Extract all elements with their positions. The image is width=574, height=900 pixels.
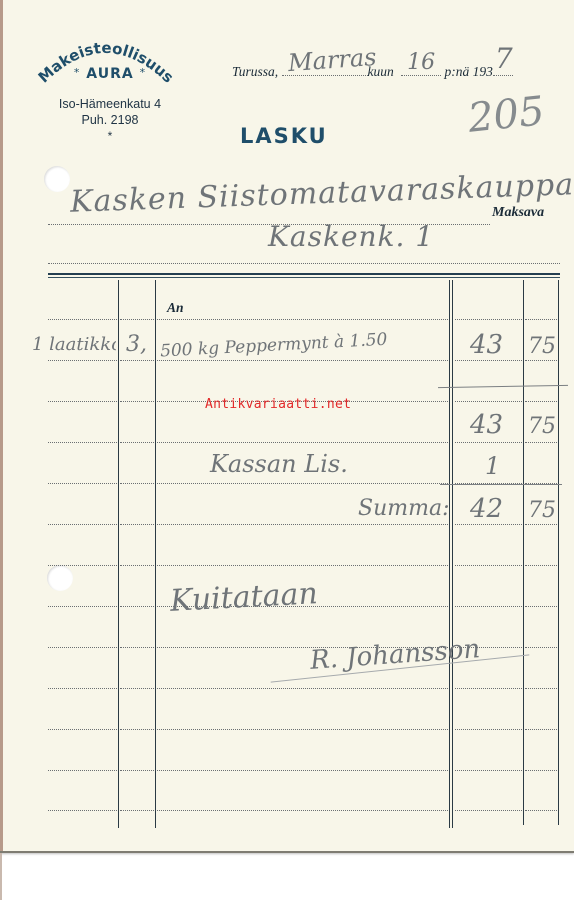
table-row-line: [120, 442, 154, 443]
table-row-line: [455, 810, 522, 811]
table-row-line: [525, 647, 557, 648]
company-address-block: Iso-Hämeenkatu 4 Puh. 2198 *: [44, 96, 176, 144]
table-row-line: [157, 565, 448, 566]
row2-pennies: 75: [528, 414, 556, 439]
row4-marks: 42: [470, 494, 503, 524]
table-row-line: [120, 319, 154, 320]
company-phone: Puh. 2198: [44, 112, 176, 128]
day-handwritten: 16: [407, 50, 435, 75]
month-field: Marras: [282, 64, 368, 76]
table-row-line: [455, 524, 522, 525]
table-row-line: [120, 688, 154, 689]
payer-address-handwritten: Kaskenk. 1: [268, 220, 434, 253]
punch-hole-bottom: [47, 565, 73, 591]
company-address: Iso-Hämeenkatu 4: [44, 96, 176, 112]
table-row-line: [525, 360, 557, 361]
table-row-line: [48, 442, 117, 443]
table-row-line: [157, 729, 448, 730]
row4-pennies: 75: [528, 498, 556, 523]
date-line: Turussa, Marras kuun 16 p:nä 193 7: [232, 64, 513, 80]
table-row-line: [120, 483, 154, 484]
table-row-line: [48, 770, 117, 771]
table-row-line: [120, 729, 154, 730]
document-title: LASKU: [240, 124, 328, 148]
table-row-line: [120, 401, 154, 402]
watermark: Antikvariaatti.net: [205, 397, 351, 412]
table-row-line: [48, 524, 117, 525]
place-label: Turussa,: [232, 64, 278, 79]
column-divider-desc-2: [452, 280, 453, 828]
table-row-line: [48, 360, 117, 361]
table-row-line: [48, 647, 117, 648]
paper-left-edge: [0, 0, 3, 852]
table-row-line: [120, 565, 154, 566]
row1-qty: 1 laatikko: [32, 334, 116, 355]
table-row-line: [455, 360, 522, 361]
table-row-line: [455, 319, 522, 320]
table-row-line: [48, 688, 117, 689]
table-row-line: [48, 319, 117, 320]
table-row-line: [157, 360, 448, 361]
table-row-line: [525, 319, 557, 320]
table-row-line: [525, 606, 557, 607]
table-row-line: [48, 401, 117, 402]
table-top-rule: [48, 273, 560, 275]
table-row-line: [157, 688, 448, 689]
footer-star: *: [44, 128, 176, 144]
table-header-label: An: [167, 300, 184, 316]
table-row-line: [525, 442, 557, 443]
table-row-line: [120, 770, 154, 771]
table-row-line: [525, 688, 557, 689]
year-handwritten: 7: [495, 42, 513, 75]
day-field: 16: [401, 64, 441, 76]
table-row-line: [455, 442, 522, 443]
table-row-line: [157, 770, 448, 771]
table-row-line: [525, 565, 557, 566]
row4-description: Summa:: [358, 496, 450, 521]
row3-description: Kassan Lis.: [210, 450, 348, 478]
table-row-line: [157, 483, 448, 484]
table-row-line: [157, 524, 448, 525]
column-divider-marks: [523, 280, 524, 825]
table-row-line: [120, 810, 154, 811]
row2-marks: 43: [470, 410, 503, 440]
year-field: 7: [493, 64, 513, 76]
brand-text: AURA: [86, 66, 133, 82]
column-divider-qty: [118, 280, 119, 828]
table-row-line: [120, 606, 154, 607]
background-left-edge: [0, 852, 2, 900]
table-row-line: [455, 770, 522, 771]
table-row-line: [120, 647, 154, 648]
row3-marks: 1: [485, 452, 500, 480]
row1-marks: 43: [470, 330, 503, 360]
day-suffix: p:nä: [445, 64, 470, 79]
reference-number-handwritten: 205: [466, 88, 547, 142]
row3-subtotal-stroke: [440, 484, 562, 485]
table-row-line: [455, 606, 522, 607]
column-divider-right: [558, 280, 559, 825]
year-prefix: 193: [473, 64, 493, 79]
table-top-rule-thin: [48, 277, 560, 278]
table-row-line: [525, 401, 557, 402]
table-row-line: [48, 729, 117, 730]
table-row-line: [525, 770, 557, 771]
table-row-line: [455, 565, 522, 566]
payer-address-line: [48, 263, 560, 264]
payer-label: Maksava: [492, 205, 544, 221]
row1-pennies: 75: [528, 334, 556, 359]
table-row-line: [48, 483, 117, 484]
table-row-line: [455, 729, 522, 730]
table-row-line: [525, 729, 557, 730]
table-row-line: [157, 442, 448, 443]
paper-bottom-edge: [0, 851, 574, 853]
column-divider-weight: [155, 280, 156, 828]
table-row-line: [120, 524, 154, 525]
table-row-line: [120, 360, 154, 361]
table-row-line: [48, 810, 117, 811]
table-row-line: [455, 688, 522, 689]
table-row-line: [157, 319, 448, 320]
table-row-line: [455, 401, 522, 402]
table-row-line: [48, 565, 117, 566]
table-row-line: [525, 810, 557, 811]
star-right: *: [140, 66, 147, 79]
star-left: *: [74, 66, 81, 79]
row1-weight: 3,: [126, 332, 147, 357]
table-row-line: [48, 606, 117, 607]
brand-name: * AURA *: [62, 66, 158, 82]
punch-hole-top: [44, 166, 70, 192]
table-row-line: [157, 810, 448, 811]
table-row-line: [525, 524, 557, 525]
month-handwritten: Marras: [287, 43, 377, 77]
column-divider-desc-1: [449, 280, 450, 828]
